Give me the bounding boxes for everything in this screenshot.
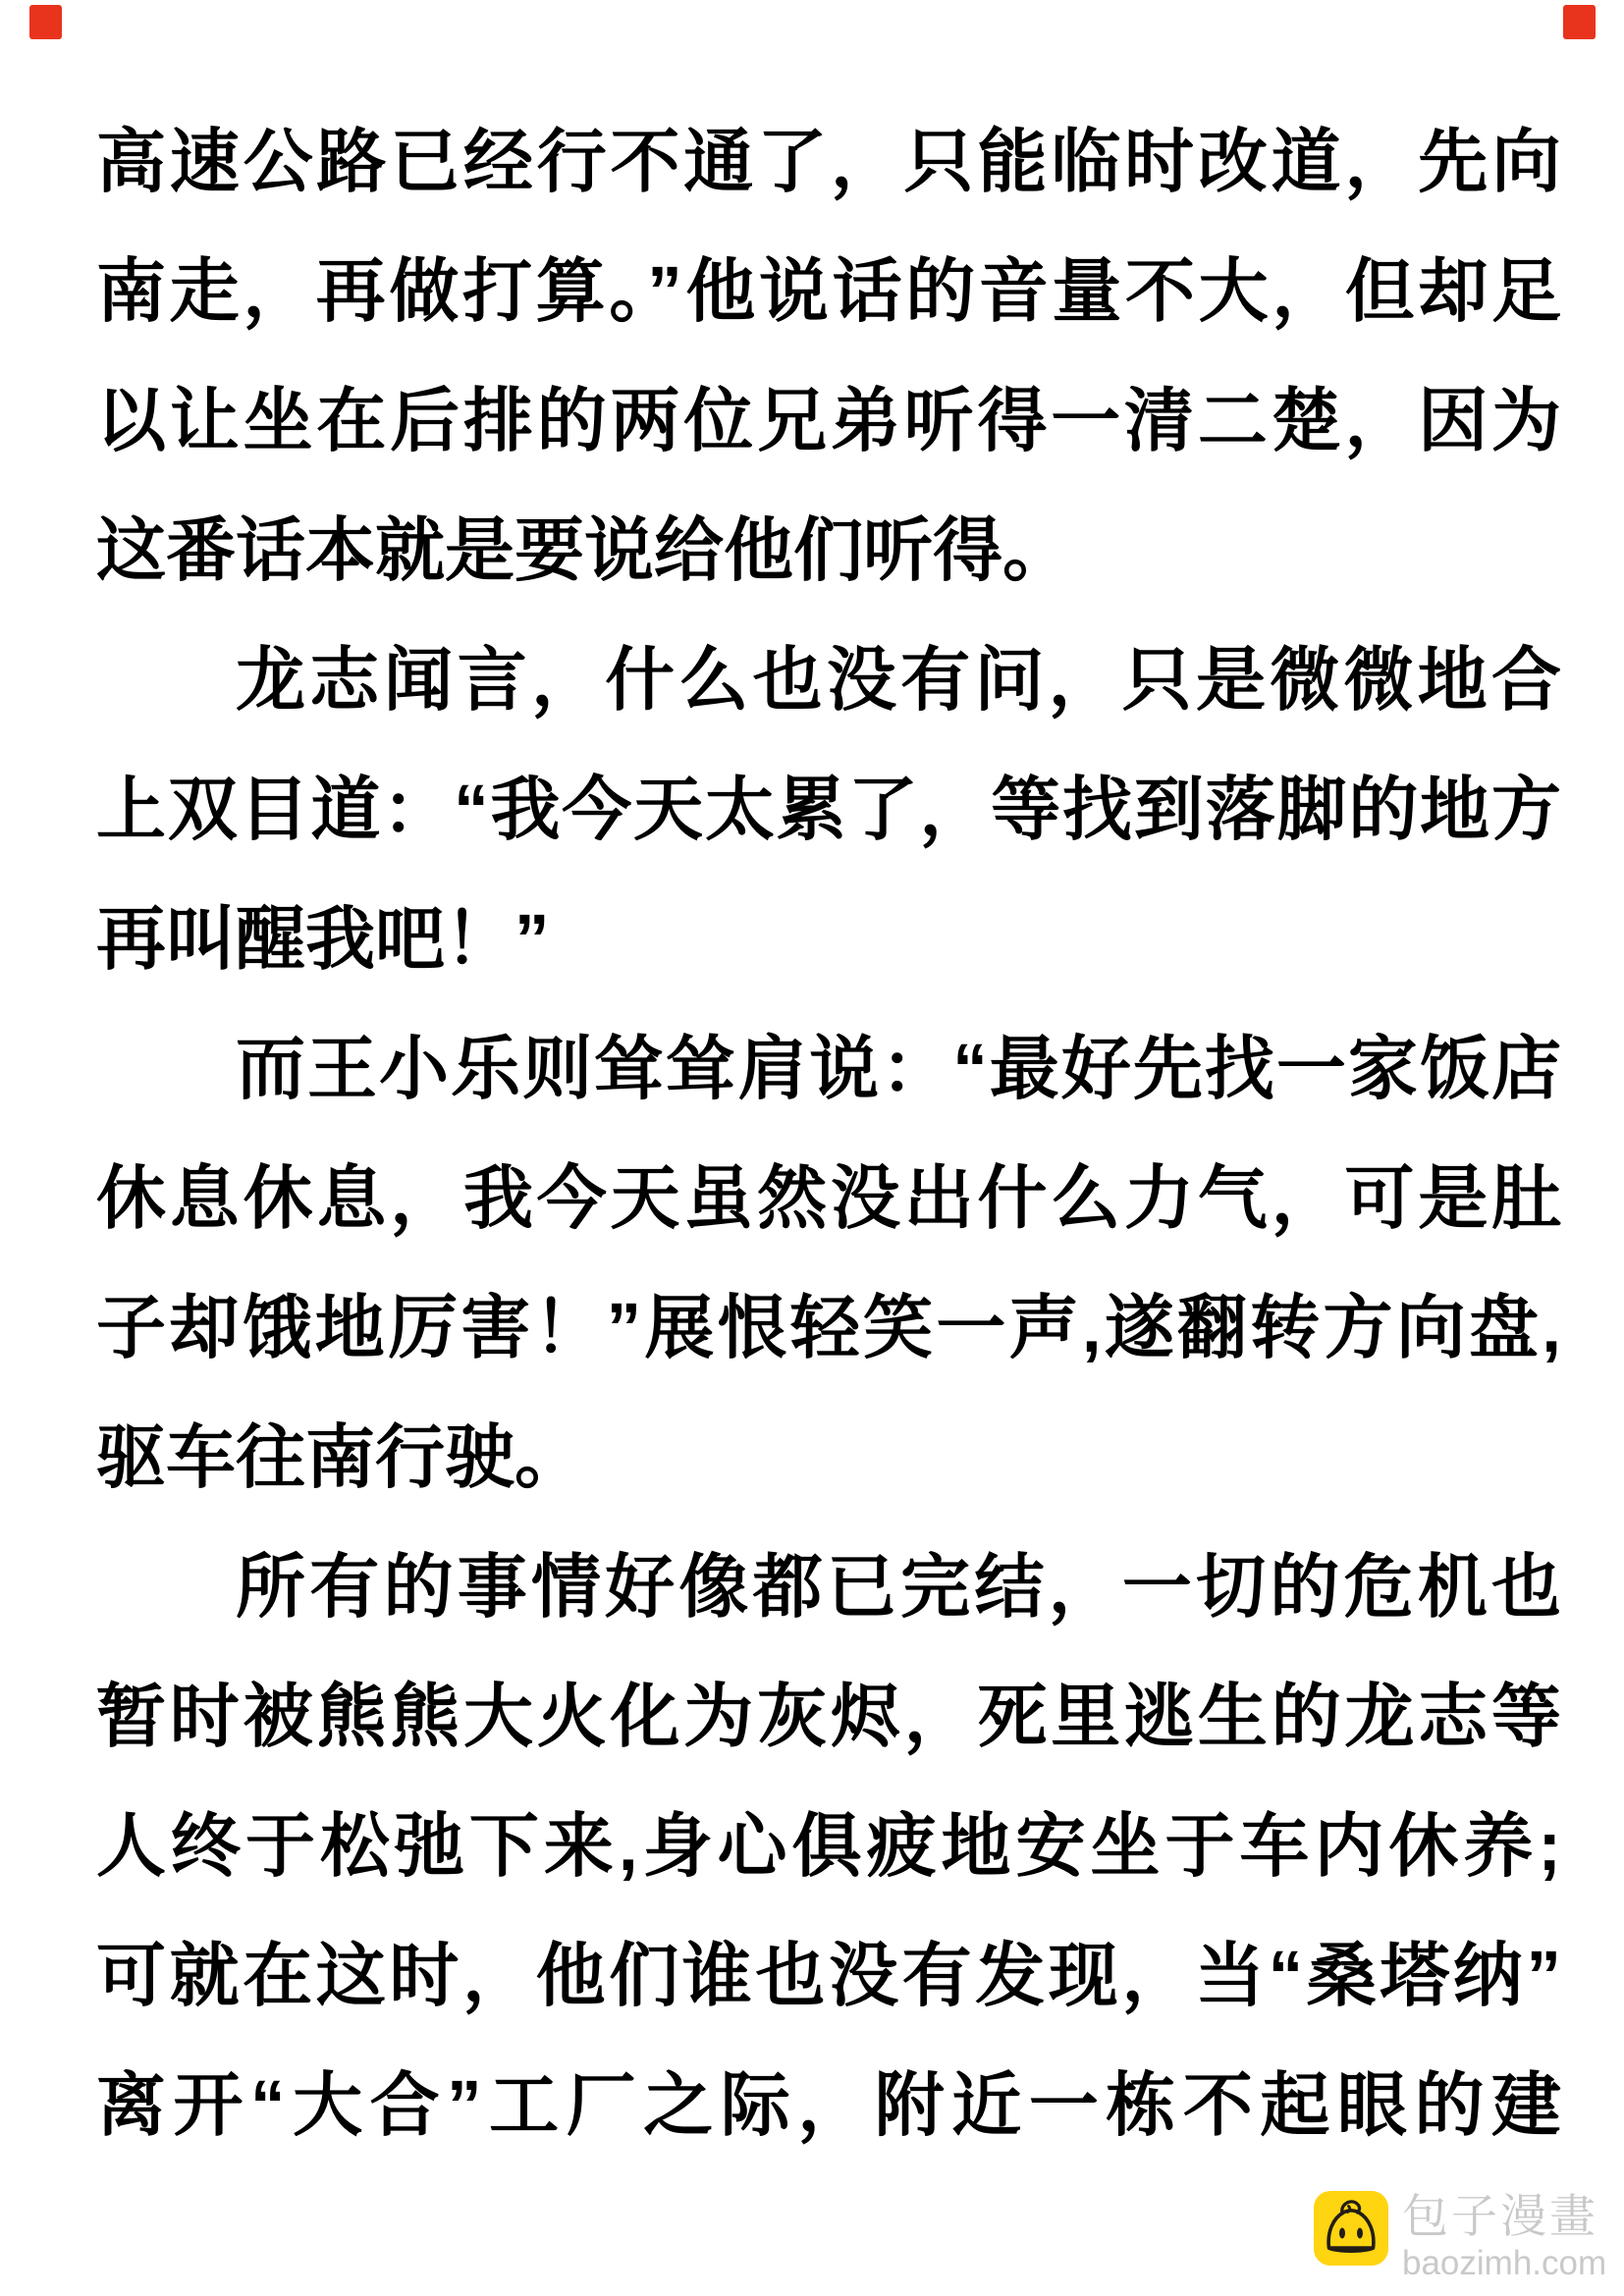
text-line: 子却饿地厉害！”展恨轻笑一声,遂翻转方向盘,: [96, 1264, 1561, 1394]
text-line: 驱车往南行驶。: [96, 1394, 1561, 1523]
text-line: 龙志闻言，什么也没有问，只是微微地合: [96, 616, 1561, 746]
novel-text-block: 高速公路已经行不通了，只能临时改道，先向 南走，再做打算。”他说话的音量不大，但…: [96, 98, 1561, 2171]
text-line: 南走，再做打算。”他说话的音量不大，但却足: [96, 228, 1561, 357]
text-line: 再叫醒我吧！”: [96, 876, 1561, 1005]
text-line: 离开“大合”工厂之际，附近一栋不起眼的建: [96, 2042, 1561, 2171]
text-line: 而王小乐则耸耸肩说：“最好先找一家饭店: [96, 1005, 1561, 1135]
text-line: 以让坐在后排的两位兄弟听得一清二楚，因为: [96, 357, 1561, 487]
watermark-domain: baozimh.com: [1402, 2246, 1606, 2280]
text-line: 高速公路已经行不通了，只能临时改道，先向: [96, 98, 1561, 228]
watermark: 包子漫畫 baozimh.com: [1314, 2191, 1606, 2280]
watermark-brand: 包子漫畫: [1402, 2193, 1606, 2239]
text-line: 上双目道：“我今天太累了，等找到落脚的地方: [96, 746, 1561, 876]
text-line: 人终于松弛下来,身心俱疲地安坐于车内休养;: [96, 1783, 1561, 1912]
red-marker-left: [29, 5, 62, 39]
red-marker-right: [1563, 5, 1596, 39]
text-line: 可就在这时，他们谁也没有发现，当“桑塔纳”: [96, 1912, 1561, 2042]
text-line: 暂时被熊熊大火化为灰烬，死里逃生的龙志等: [96, 1653, 1561, 1783]
baozi-bun-icon: [1314, 2191, 1388, 2266]
novel-page: 高速公路已经行不通了，只能临时改道，先向 南走，再做打算。”他说话的音量不大，但…: [0, 0, 1624, 2296]
text-line: 所有的事情好像都已完结，一切的危机也: [96, 1523, 1561, 1653]
text-line: 休息休息，我今天虽然没出什么力气，可是肚: [96, 1135, 1561, 1264]
text-line: 这番话本就是要说给他们听得。: [96, 487, 1561, 616]
watermark-text: 包子漫畫 baozimh.com: [1402, 2191, 1606, 2280]
